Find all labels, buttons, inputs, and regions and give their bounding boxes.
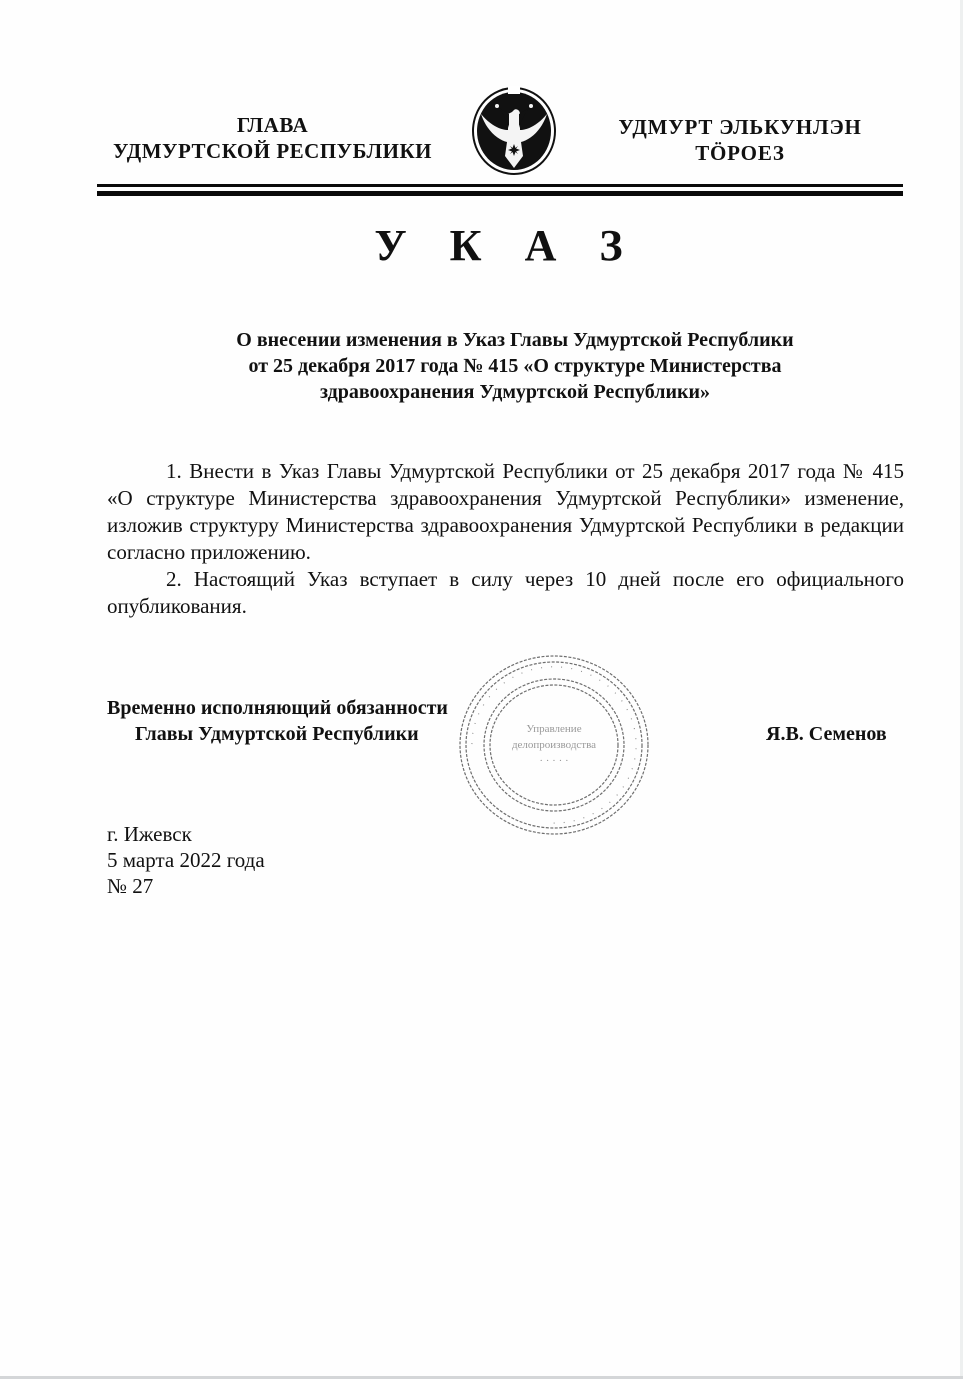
document-date: 5 марта 2022 года [107,847,265,873]
document-subject: О внесении изменения в Указ Главы Удмурт… [120,327,910,405]
paragraph-1: 1. Внести в Указ Главы Удмуртской Респуб… [107,458,904,566]
document-footer: г. Ижевск 5 марта 2022 года № 27 [107,821,265,899]
subject-line: здравоохранения Удмуртской Республики» [120,379,910,405]
seal-text-line2: делопроизводства [512,739,596,751]
letterhead-divider-thin [97,184,903,187]
subject-line: О внесении изменения в Указ Главы Удмурт… [120,327,910,353]
subject-line: от 25 декабря 2017 года № 415 «О структу… [120,353,910,379]
letterhead-divider-thick [97,191,903,196]
signatory-position-line2: Главы Удмуртской Республики [107,721,448,747]
udmurt-coat-of-arms-icon [471,84,557,176]
letterhead-right-line2: ТӦРОЕЗ [590,140,890,166]
official-seal-stamp: · · · · · · · · · · · · · · · · · · · · … [456,652,652,838]
document-city: г. Ижевск [107,821,265,847]
letterhead-left-line1: ГЛАВА [100,112,445,138]
letterhead-left-line2: УДМУРТСКОЙ РЕСПУБЛИКИ [100,138,445,164]
document-body: 1. Внести в Указ Главы Удмуртской Респуб… [107,458,904,620]
seal-text-line1: Управление [526,723,581,735]
document-page: ГЛАВА УДМУРТСКОЙ РЕСПУБЛИКИ УДМУРТ ЭЛЬКУ… [0,0,960,1376]
letterhead-left: ГЛАВА УДМУРТСКОЙ РЕСПУБЛИКИ [100,112,445,164]
signatory-position: Временно исполняющий обязанности Главы У… [107,695,448,747]
document-number: № 27 [107,873,265,899]
letterhead-right-line1: УДМУРТ ЭЛЬКУНЛЭН [590,114,890,140]
svg-text:· · · · ·: · · · · · [539,755,568,767]
paragraph-2: 2. Настоящий Указ вступает в силу через … [107,566,904,620]
document-type-title: У К А З [0,220,963,272]
signatory-name: Я.В. Семенов [766,721,887,747]
letterhead-right: УДМУРТ ЭЛЬКУНЛЭН ТӦРОЕЗ [590,114,890,166]
signatory-position-line1: Временно исполняющий обязанности [107,695,448,721]
